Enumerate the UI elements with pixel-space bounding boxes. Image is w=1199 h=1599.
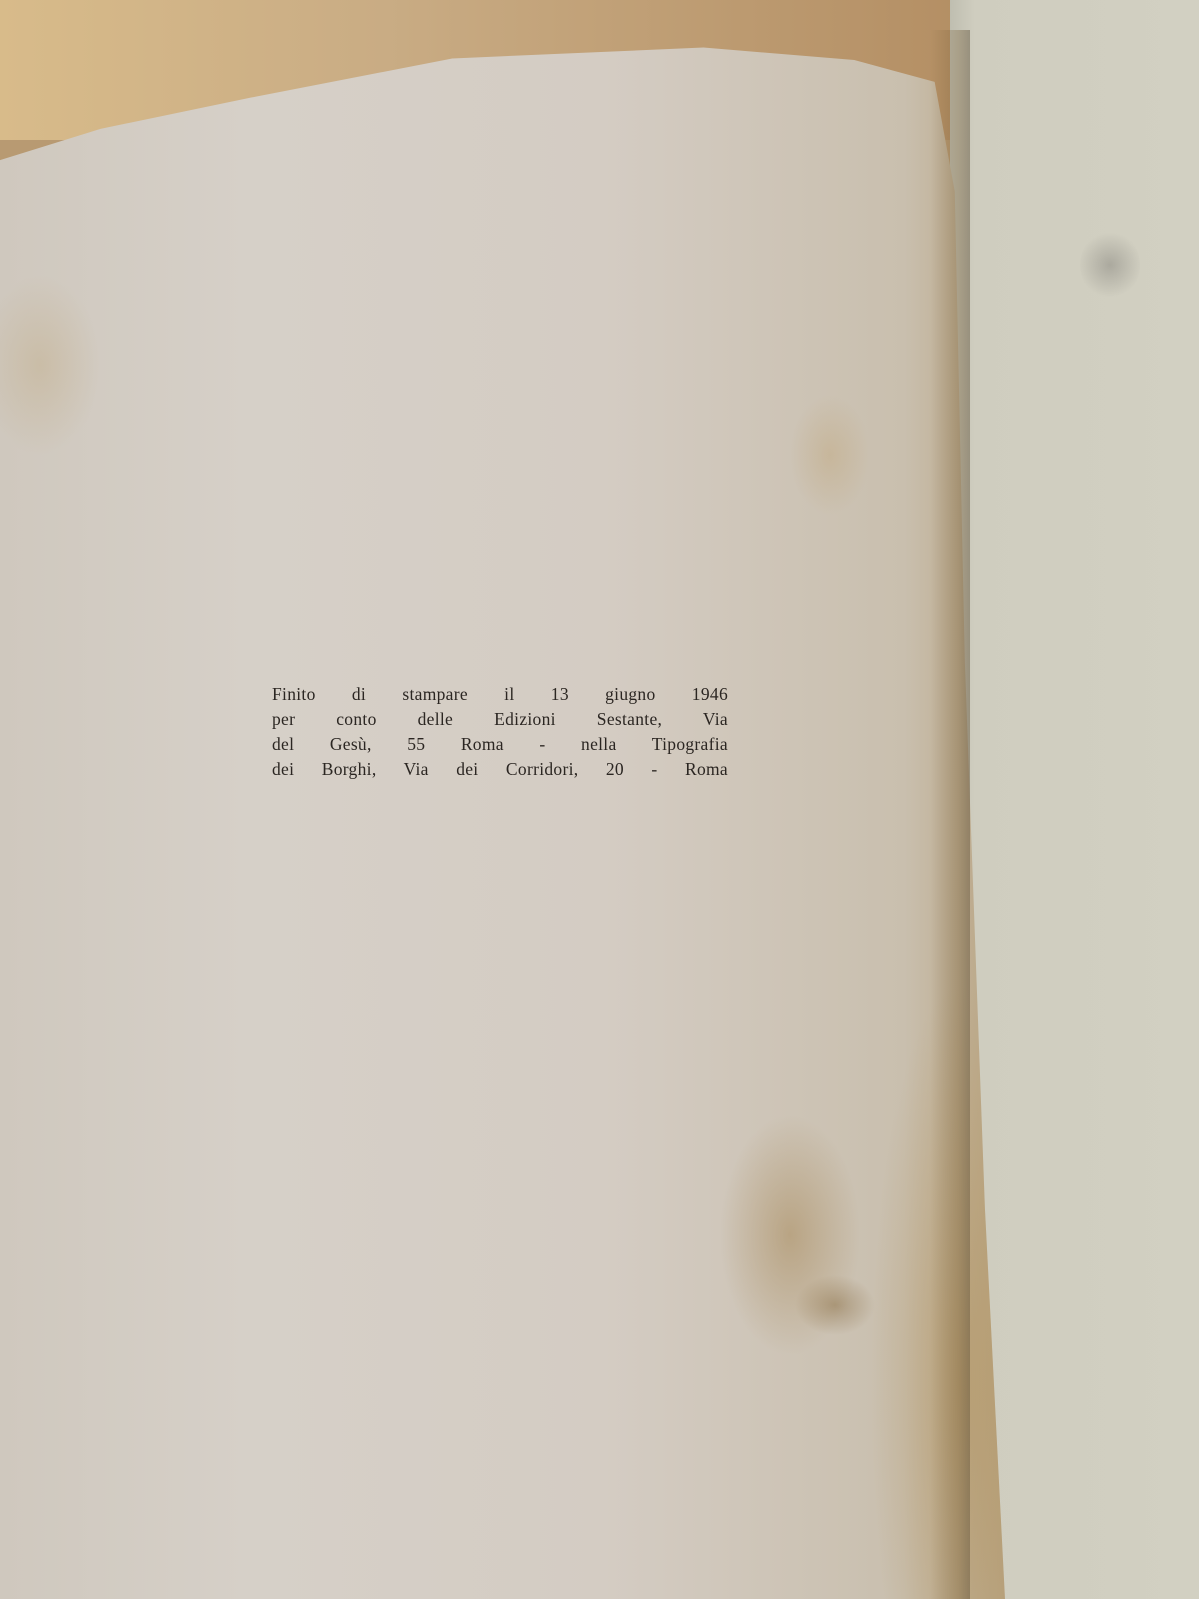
- colophon-line-3: del Gesù, 55 Roma - nella Tipografia: [272, 732, 728, 757]
- colophon-line-2: per conto delle Edizioni Sestante, Via: [272, 707, 728, 732]
- colophon-text: Finito di stampare il 13 giugno 1946 per…: [272, 682, 728, 782]
- colophon-line-4: dei Borghi, Via dei Corridori, 20 - Roma: [272, 757, 728, 782]
- book-page: [0, 35, 1005, 1599]
- colophon-line-1: Finito di stampare il 13 giugno 1946: [272, 682, 728, 707]
- facing-page-blot: [1080, 230, 1140, 300]
- page-edge-shadow: [930, 30, 970, 1599]
